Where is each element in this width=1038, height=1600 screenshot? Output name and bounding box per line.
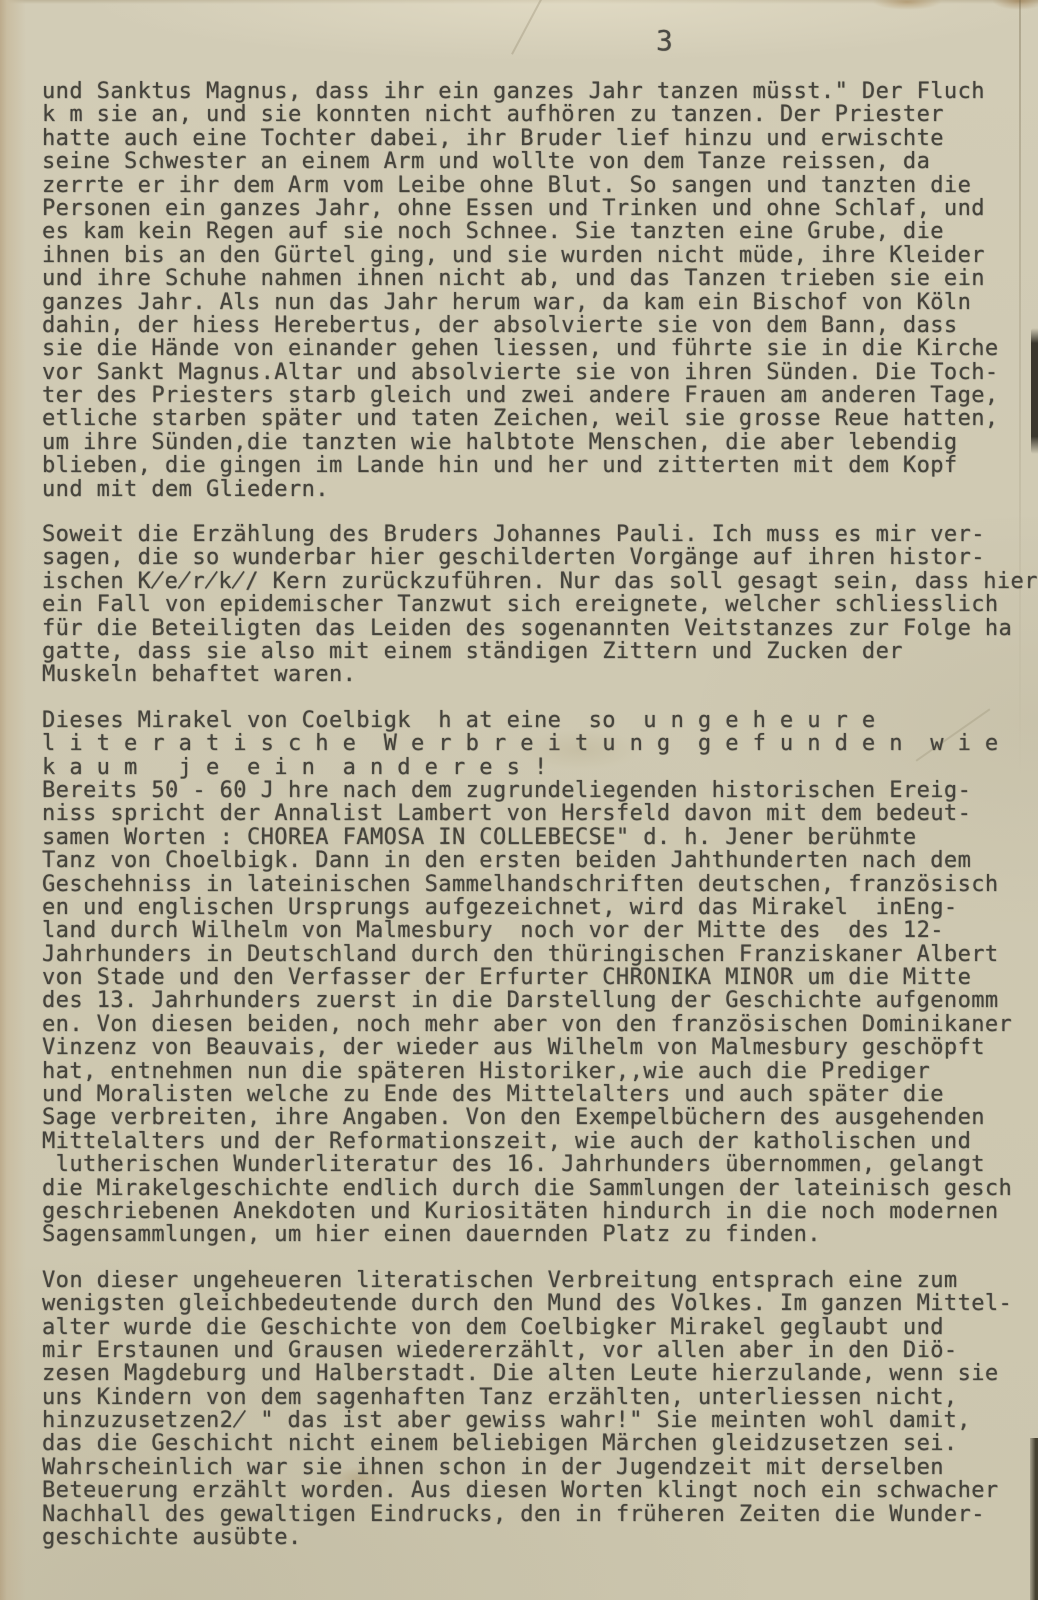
text-line: Nachhall des gewaltigen Eindrucks, den i…: [42, 1503, 1032, 1526]
text-line: en. Von diesen beiden, noch mehr aber vo…: [42, 1013, 1032, 1036]
page-edge-shadow: [1031, 328, 1038, 454]
text-line: Beteuerung erzählt worden. Aus diesen Wo…: [42, 1479, 1032, 1502]
text-line: k a u m j e e i n a n d e r e s !: [42, 756, 1032, 779]
paragraph: Von dieser ungeheueren literatischen Ver…: [42, 1269, 1032, 1550]
text-line: Tanz von Choelbigk. Dann in den ersten b…: [42, 849, 1032, 872]
text-line: geschichte ausübte.: [42, 1526, 1032, 1549]
text-line: Geschehniss in lateinischen Sammelhandsc…: [42, 873, 1032, 896]
scanned-typewritten-page: 3 und Sanktus Magnus, dass ihr ein ganze…: [0, 0, 1038, 1600]
text-line: Mittelalters und der Reformationszeit, w…: [42, 1130, 1032, 1153]
text-line: Dieses Mirakel von Coelbigk h at eine so…: [42, 709, 1032, 732]
text-line: mir Erstaunen und Grausen wiedererzählt,…: [42, 1339, 1032, 1362]
text-line: Personen ein ganzes Jahr, ohne Essen und…: [42, 197, 1032, 220]
text-line: sie die Hände von einander gehen liessen…: [42, 337, 1032, 360]
text-line: zerrte er ihr dem Arm vom Leibe ohne Blu…: [42, 174, 1032, 197]
crease-line: [511, 0, 543, 55]
text-line: uns Kindern von dem sagenhaften Tanz erz…: [42, 1386, 1032, 1409]
text-line: vor Sankt Magnus.Altar und absolvierte s…: [42, 361, 1032, 384]
text-line: Sage verbreiten, ihre Angaben. Von den E…: [42, 1106, 1032, 1129]
paragraph: Soweit die Erzählung des Bruders Johanne…: [42, 523, 1032, 687]
text-line: und Sanktus Magnus, dass ihr ein ganzes …: [42, 80, 1032, 103]
text-line: und mit dem Gliedern.: [42, 478, 1032, 501]
text-line: Sagensammlungen, um hier einen dauernden…: [42, 1223, 1032, 1246]
text-line: dahin, der hiess Herebertus, der absolvi…: [42, 314, 1032, 337]
text-line: geschriebenen Anekdoten und Kuriositäten…: [42, 1200, 1032, 1223]
text-line: lutherischen Wunderliteratur des 16. Jah…: [42, 1153, 1032, 1176]
text-line: seine Schwester an einem Arm und wollte …: [42, 150, 1032, 173]
text-line: ganzes Jahr. Als nun das Jahr herum war,…: [42, 291, 1032, 314]
text-line: blieben, die gingen im Lande hin und her…: [42, 454, 1032, 477]
text-line: ihnen bis an den Gürtel ging, und sie wu…: [42, 244, 1032, 267]
text-line: samen Worten : CHOREA FAMOSA IN COLLEBEC…: [42, 826, 1032, 849]
text-line: es kam kein Regen auf sie noch Schnee. S…: [42, 220, 1032, 243]
text-line: hatte auch eine Tochter dabei, ihr Brude…: [42, 127, 1032, 150]
paper-stain: [872, 0, 942, 10]
text-line: Soweit die Erzählung des Bruders Johanne…: [42, 523, 1032, 546]
text-line: etliche starben später und taten Zeichen…: [42, 407, 1032, 430]
text-line: für die Beteiligten das Leiden des sogen…: [42, 617, 1032, 640]
text-line: das die Geschicht nicht einem beliebigen…: [42, 1432, 1032, 1455]
text-line: und ihre Schuhe nahmen ihnen nicht ab, u…: [42, 267, 1032, 290]
text-line: Vinzenz von Beauvais, der wieder aus Wil…: [42, 1036, 1032, 1059]
text-line: die Mirakelgeschichte endlich durch die …: [42, 1177, 1032, 1200]
paragraph: Dieses Mirakel von Coelbigk h at eine so…: [42, 709, 1032, 1247]
text-line: Jahrhunders in Deutschland durch den thü…: [42, 943, 1032, 966]
text-line: niss spricht der Annalist Lambert von He…: [42, 802, 1032, 825]
paper-stain: [992, 0, 1038, 10]
text-line: Von dieser ungeheueren literatischen Ver…: [42, 1269, 1032, 1292]
text-line: um ihre Sünden,die tanzten wie halbtote …: [42, 431, 1032, 454]
text-line: hinzuzusetzen2̸ " das ist aber gewiss wa…: [42, 1409, 1032, 1432]
text-line: sagen, die so wunderbar hier geschildert…: [42, 546, 1032, 569]
text-line: ischen K̸e̸r̸k̸/ Kern zurückzuführen. Nu…: [42, 570, 1032, 593]
text-line: wenigsten gleichbedeutende durch den Mun…: [42, 1292, 1032, 1315]
text-line: land durch Wilhelm von Malmesbury noch v…: [42, 919, 1032, 942]
text-line: Wahrscheinlich war sie ihnen schon in de…: [42, 1456, 1032, 1479]
paragraph: und Sanktus Magnus, dass ihr ein ganzes …: [42, 80, 1032, 501]
text-line: gatte, dass sie also mit einem ständigen…: [42, 640, 1032, 663]
text-line: hat, entnehmen nun die späteren Historik…: [42, 1060, 1032, 1083]
text-line: alter wurde die Geschichte von dem Coelb…: [42, 1316, 1032, 1339]
text-line: en und englischen Ursprungs aufgezeichne…: [42, 896, 1032, 919]
text-line: und Moralisten welche zu Ende des Mittel…: [42, 1083, 1032, 1106]
text-line: Muskeln behaftet waren.: [42, 663, 1032, 686]
text-line: Bereits 50 - 60 J hre nach dem zugrundel…: [42, 779, 1032, 802]
text-line: k m sie an, und sie konnten nicht aufhör…: [42, 103, 1032, 126]
text-line: ter des Priesters starb gleich und zwei …: [42, 384, 1032, 407]
page-number: 3: [656, 24, 673, 57]
typewritten-text: und Sanktus Magnus, dass ihr ein ganzes …: [42, 80, 1032, 1571]
text-line: des 13. Jahrhunders zuerst in die Darste…: [42, 989, 1032, 1012]
text-line: von Stade und den Verfasser der Erfurter…: [42, 966, 1032, 989]
text-line: ein Fall von epidemischer Tanzwut sich e…: [42, 593, 1032, 616]
text-line: l i t e r a t i s c h e W e r b r e i t …: [42, 732, 1032, 755]
text-line: zesen Magdeburg und Halberstadt. Die alt…: [42, 1362, 1032, 1385]
